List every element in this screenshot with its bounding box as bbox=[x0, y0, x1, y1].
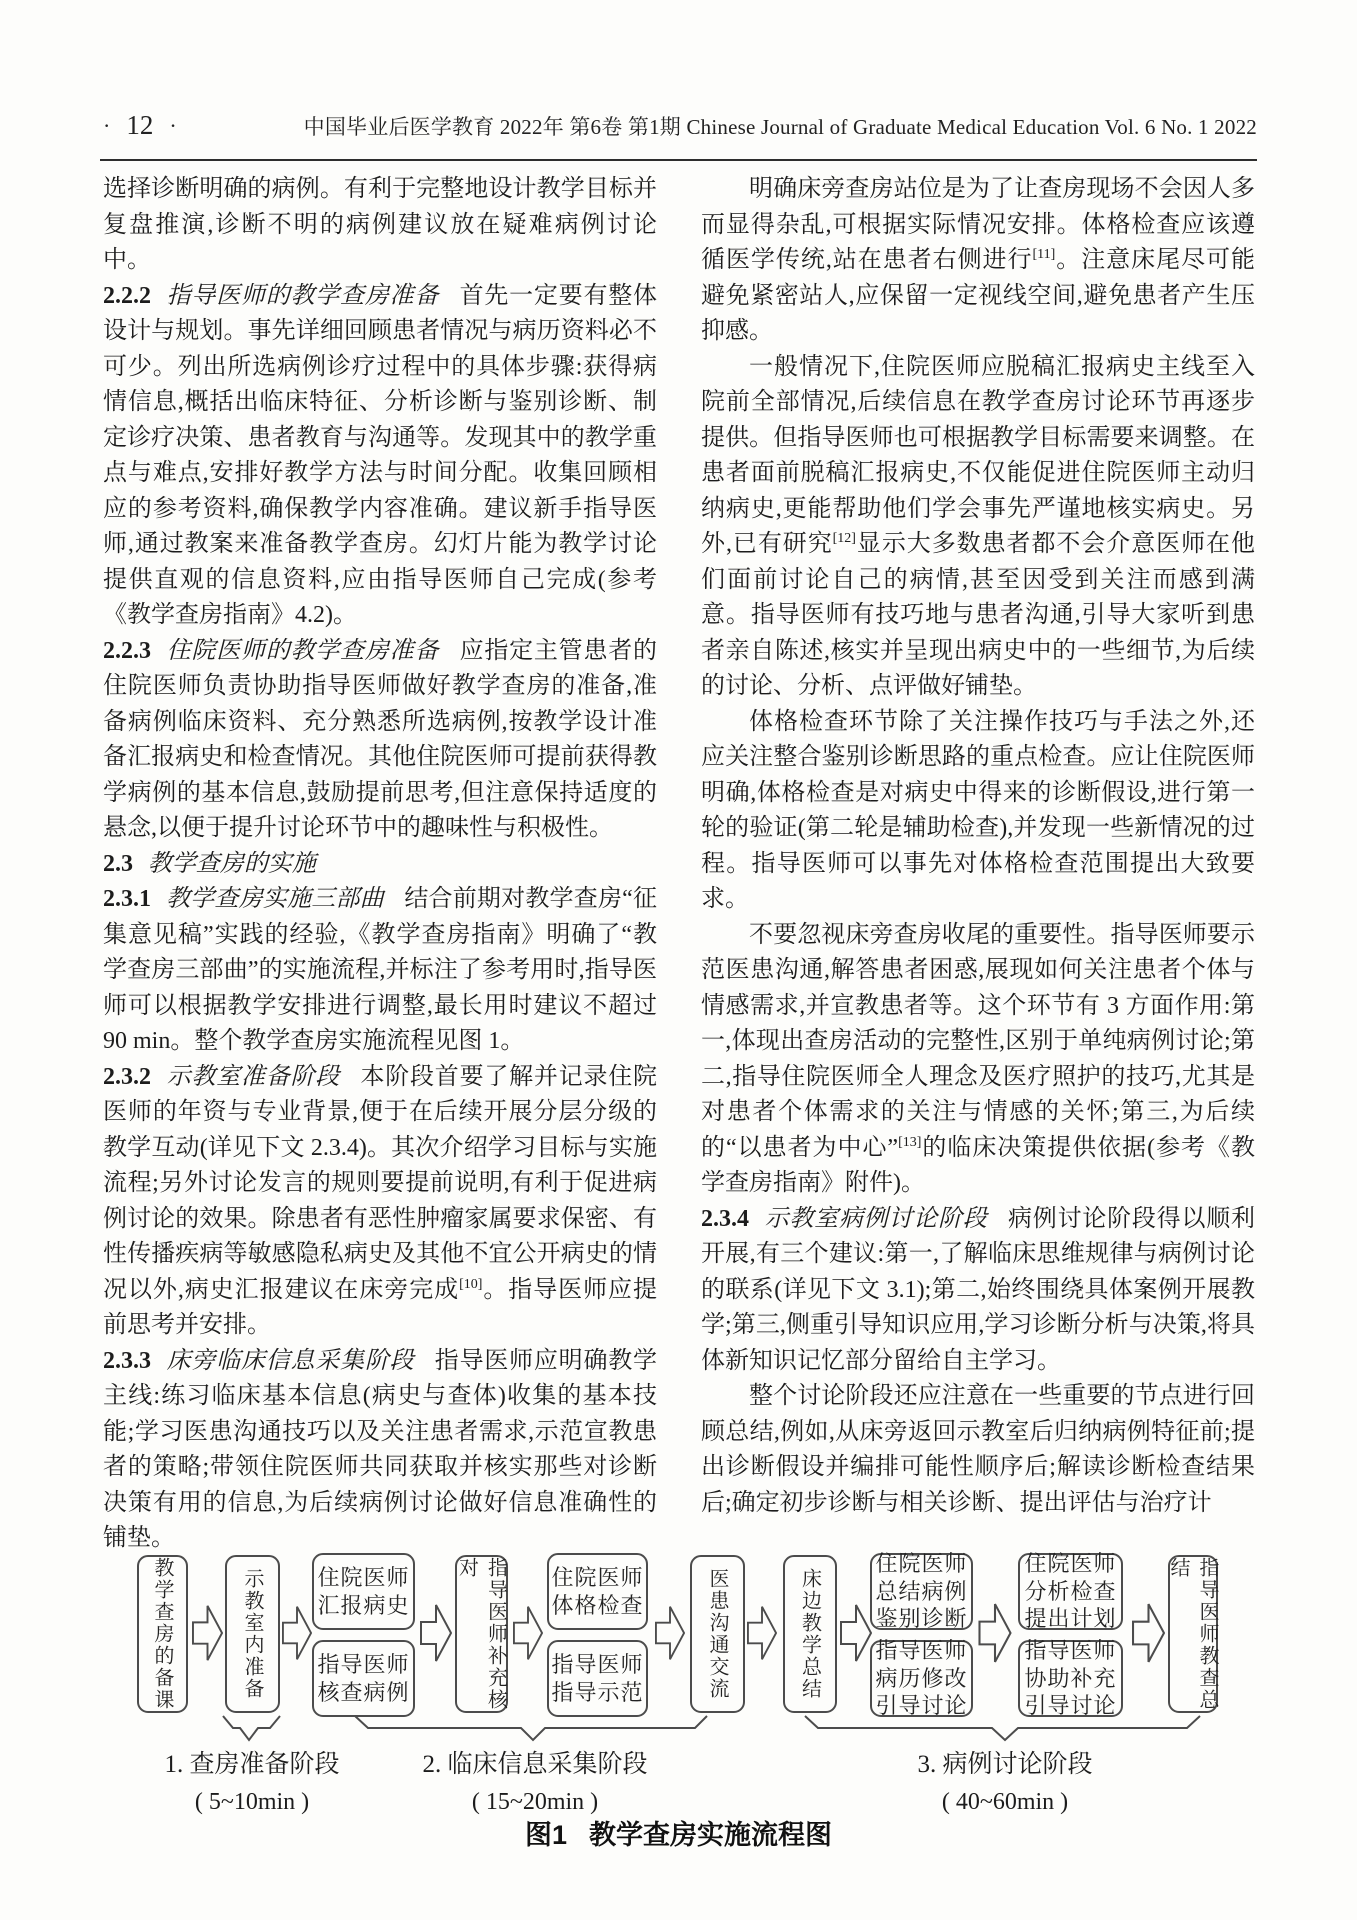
figure-caption-label: 图1 bbox=[525, 1820, 567, 1850]
journal-page: · 12 · 中国毕业后医学教育 2022年 第6卷 第1期 Chinese J… bbox=[0, 0, 1357, 1920]
flow-node-supervisor-supplement: 指导医师补充核对 bbox=[455, 1555, 508, 1713]
citation-ref-10: [10] bbox=[459, 1277, 482, 1292]
citation-ref-11: [11] bbox=[1032, 247, 1055, 262]
flow-node-resident-physical-exam: 住院医师 体格检查 bbox=[547, 1553, 648, 1630]
phase-name: 2. 临床信息采集阶段 bbox=[422, 1744, 647, 1780]
paragraph-text: 不要忽视床旁查房收尾的重要性。指导医师要示范医患沟通,解答患者困惑,展现如何关注… bbox=[701, 922, 1255, 1161]
article-body: 选择诊断明确的病例。有利于完整地设计教学目标并复盘推演,诊断不明的病例建议放在疑… bbox=[103, 172, 1255, 1557]
arrow-right-icon bbox=[655, 1602, 685, 1664]
flow-node-bedside-summary: 床边教学总结 bbox=[783, 1555, 837, 1713]
flow-node-resident-analyze-plan: 住院医师 分析检查 提出计划 bbox=[1018, 1553, 1123, 1630]
left-column: 选择诊断明确的病例。有利于完整地设计教学目标并复盘推演,诊断不明的病例建议放在疑… bbox=[103, 172, 657, 1557]
phase-label-3: 3. 病例讨论阶段 ( 40~60min ) bbox=[917, 1744, 1092, 1816]
arrow-right-icon bbox=[192, 1602, 223, 1664]
flow-node-supervisor-assist-discussion: 指导医师 协助补充 引导讨论 bbox=[1018, 1640, 1123, 1717]
arrow-right-icon bbox=[840, 1602, 872, 1664]
figure-caption: 图1教学查房实施流程图 bbox=[0, 1813, 1357, 1852]
flow-node-resident-summarize-case: 住院医师 总结病例 鉴别诊断 bbox=[870, 1553, 973, 1630]
section-number: 2.3 bbox=[103, 851, 133, 877]
section-title: 教学查房实施三部曲 bbox=[166, 886, 384, 912]
paragraph: 一般情况下,住院医师应脱稿汇报病史主线至入院前全部情况,后续信息在教学查房讨论环… bbox=[701, 350, 1255, 705]
arrow-right-icon bbox=[1132, 1602, 1165, 1664]
paragraph-section-2-2-2: 2.2.2指导医师的教学查房准备首先一定要有整体设计与规划。事先详细回顾患者情况… bbox=[103, 279, 657, 634]
figure-flowchart: 教学查房的备课 示教室内准备 住院医师 汇报病史 指导医师 核查病例 指导医师补… bbox=[0, 1545, 1357, 1920]
heading-section-2-3: 2.3教学查房的实施 bbox=[103, 847, 657, 883]
section-title: 指导医师的教学查房准备 bbox=[166, 283, 439, 309]
phase-time: ( 5~10min ) bbox=[164, 1789, 339, 1816]
phase-name: 1. 查房准备阶段 bbox=[164, 1744, 339, 1780]
flow-node-supervisor-revise-record: 指导医师 病历修改 引导讨论 bbox=[870, 1640, 973, 1717]
section-title: 示教室病例讨论阶段 bbox=[764, 1206, 988, 1232]
flow-node-doctor-patient-communication: 医患沟通交流 bbox=[690, 1555, 745, 1713]
pagenum-dot-right: · bbox=[169, 113, 176, 139]
paragraph-text: 本阶段首要了解并记录住院医师的年资与专业背景,便于在后续开展分层分级的教学互动(… bbox=[103, 1064, 657, 1303]
paragraph: 不要忽视床旁查房收尾的重要性。指导医师要示范医患沟通,解答患者困惑,展现如何关注… bbox=[701, 918, 1255, 1202]
header-rule bbox=[100, 159, 1257, 161]
page-header: · 12 · 中国毕业后医学教育 2022年 第6卷 第1期 Chinese J… bbox=[103, 110, 1257, 141]
section-number: 2.3.1 bbox=[103, 886, 151, 912]
citation-ref-13: [13] bbox=[898, 1135, 921, 1150]
section-title: 教学查房的实施 bbox=[148, 851, 316, 877]
phase-time: ( 15~20min ) bbox=[422, 1789, 647, 1816]
section-title: 床旁临床信息采集阶段 bbox=[166, 1348, 415, 1374]
flow-node-lesson-prep: 教学查房的备课 bbox=[137, 1555, 188, 1713]
paragraph-text: 应指定主管患者的住院医师负责协助指导医师做好教学查房的准备,准备病例临床资料、充… bbox=[103, 638, 657, 842]
arrow-right-icon bbox=[513, 1602, 543, 1664]
paragraph-section-2-3-3: 2.3.3床旁临床信息采集阶段指导医师应明确教学主线:练习临床基本信息(病史与查… bbox=[103, 1344, 657, 1557]
flow-node-classroom-prep: 示教室内准备 bbox=[225, 1555, 280, 1713]
journal-title-line: 中国毕业后医学教育 2022年 第6卷 第1期 Chinese Journal … bbox=[304, 111, 1257, 141]
flow-node-supervisor-demonstrate: 指导医师 指导示范 bbox=[547, 1640, 648, 1717]
flow-node-resident-report: 住院医师 汇报病史 bbox=[312, 1553, 415, 1630]
page-number-block: · 12 · bbox=[103, 110, 177, 141]
phase-braces bbox=[0, 1715, 1357, 1743]
paragraph-section-2-2-3: 2.2.3住院医师的教学查房准备应指定主管患者的住院医师负责协助指导医师做好教学… bbox=[103, 634, 657, 847]
arrow-right-icon bbox=[747, 1602, 777, 1664]
phase-label-1: 1. 查房准备阶段 ( 5~10min ) bbox=[164, 1744, 339, 1816]
right-column: 明确床旁查房站位是为了让查房现场不会因人多而显得杂乱,可根据实际情况安排。体格检… bbox=[701, 172, 1255, 1557]
phase-time: ( 40~60min ) bbox=[917, 1789, 1092, 1816]
paragraph-text: 选择诊断明确的病例。有利于完整地设计教学目标并复盘推演,诊断不明的病例建议放在疑… bbox=[103, 176, 657, 273]
section-number: 2.2.2 bbox=[103, 283, 151, 309]
section-number: 2.3.3 bbox=[103, 1348, 151, 1374]
paragraph-text: 整个讨论阶段还应注意在一些重要的节点进行回顾总结,例如,从床旁返回示教室后归纳病… bbox=[701, 1383, 1255, 1516]
paragraph-text: 体格检查环节除了关注操作技巧与手法之外,还应关注整合鉴别诊断思路的重点检查。应让… bbox=[701, 709, 1255, 913]
paragraph-section-2-3-4: 2.3.4示教室病例讨论阶段病例讨论阶段得以顺利开展,有三个建议:第一,了解临床… bbox=[701, 1202, 1255, 1380]
paragraph: 体格检查环节除了关注操作技巧与手法之外,还应关注整合鉴别诊断思路的重点检查。应让… bbox=[701, 705, 1255, 918]
phase-label-2: 2. 临床信息采集阶段 ( 15~20min ) bbox=[422, 1744, 647, 1816]
paragraph-section-2-3-2: 2.3.2示教室准备阶段本阶段首要了解并记录住院医师的年资与专业背景,便于在后续… bbox=[103, 1060, 657, 1344]
phase-name: 3. 病例讨论阶段 bbox=[917, 1744, 1092, 1780]
section-number: 2.3.4 bbox=[701, 1206, 749, 1232]
paragraph-text: 首先一定要有整体设计与规划。事先详细回顾患者情况与病历资料必不可少。列出所选病例… bbox=[103, 283, 657, 629]
section-title: 住院医师的教学查房准备 bbox=[166, 638, 439, 664]
paragraph: 明确床旁查房站位是为了让查房现场不会因人多而显得杂乱,可根据实际情况安排。体格检… bbox=[701, 172, 1255, 350]
flow-node-supervisor-check-case: 指导医师 核查病例 bbox=[312, 1640, 415, 1717]
paragraph: 选择诊断明确的病例。有利于完整地设计教学目标并复盘推演,诊断不明的病例建议放在疑… bbox=[103, 172, 657, 279]
paragraph-text: 指导医师应明确教学主线:练习临床基本信息(病史与查体)收集的基本技能;学习医患沟… bbox=[103, 1348, 657, 1552]
arrow-right-icon bbox=[978, 1602, 1012, 1664]
citation-ref-12: [12] bbox=[833, 531, 856, 546]
section-title: 示教室准备阶段 bbox=[166, 1064, 340, 1090]
figure-caption-title: 教学查房实施流程图 bbox=[589, 1820, 832, 1850]
arrow-right-icon bbox=[420, 1602, 452, 1664]
pagenum-dot-left: · bbox=[103, 113, 110, 139]
flow-node-supervisor-final-summary: 指导医师教查总结 bbox=[1168, 1555, 1218, 1713]
paragraph-section-2-3-1: 2.3.1教学查房实施三部曲结合前期对教学查房“征集意见稿”实践的经验,《教学查… bbox=[103, 882, 657, 1060]
paragraph: 整个讨论阶段还应注意在一些重要的节点进行回顾总结,例如,从床旁返回示教室后归纳病… bbox=[701, 1379, 1255, 1521]
arrow-right-icon bbox=[282, 1602, 312, 1664]
section-number: 2.3.2 bbox=[103, 1064, 151, 1090]
section-number: 2.2.3 bbox=[103, 638, 151, 664]
paragraph-text: 一般情况下,住院医师应脱稿汇报病史主线至入院前全部情况,后续信息在教学查房讨论环… bbox=[701, 354, 1255, 558]
page-number: 12 bbox=[126, 110, 153, 141]
